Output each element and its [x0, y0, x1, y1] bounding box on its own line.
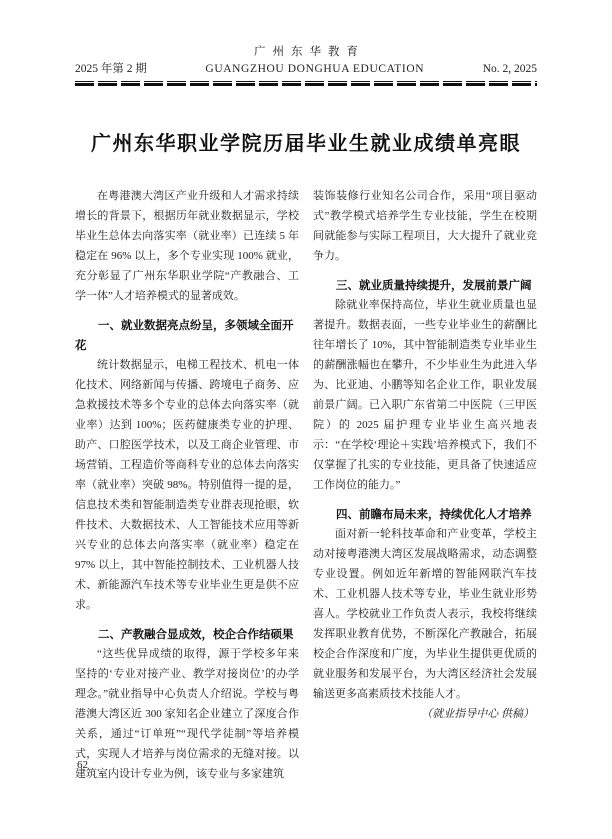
paragraph: 装饰装修行业知名公司合作，采用“项目驱动式”教学模式培养学生专业技能，学生在校期… [313, 186, 537, 266]
right-column: 装饰装修行业知名公司合作，采用“项目驱动式”教学模式培养学生专业技能，学生在校期… [313, 186, 537, 784]
section-heading: 二、产教融合显成效，校企合作结硕果 [75, 624, 299, 644]
journal-title-cn: 广州东华教育 [75, 45, 537, 59]
page-header: 广州东华教育 2025 年第 2 期 GUANGZHOU DONGHUA EDU… [75, 45, 537, 86]
paragraph: “这些优异成绩的取得，源于学校多年来坚持的‘专业对接产业、教学对接岗位’的办学理… [75, 644, 299, 784]
section-heading: 三、就业质量持续提升，发展前景广阔 [313, 275, 537, 295]
journal-page: 广州东华教育 2025 年第 2 期 GUANGZHOU DONGHUA EDU… [0, 0, 612, 839]
journal-title-en: GUANGZHOU DONGHUA EDUCATION [205, 62, 424, 76]
article-title: 广州东华职业学院历届毕业生就业成绩单亮眼 [75, 129, 537, 157]
attribution-line: （就业指导中心 供稿） [313, 704, 537, 724]
header-issue-row: 2025 年第 2 期 GUANGZHOU DONGHUA EDUCATION … [75, 62, 537, 76]
paragraph: 统计数据显示，电梯工程技术、机电一体化技术、网络新闻与传播、跨境电子商务、应急救… [75, 355, 299, 615]
section-heading: 一、就业数据亮点纷呈，多领域全面开花 [75, 315, 299, 355]
section-heading: 四、前瞻布局未来，持续优化人才培养 [313, 504, 537, 524]
paragraph: 在粤港澳大湾区产业升级和人才需求持续增长的背景下，根据历年就业数据显示，学校毕业… [75, 186, 299, 306]
issue-label-cn: 2025 年第 2 期 [75, 62, 147, 76]
header-rule [75, 81, 537, 86]
article-body: 在粤港澳大湾区产业升级和人才需求持续增长的背景下，根据历年就业数据显示，学校毕业… [75, 186, 537, 784]
paragraph: 面对新一轮科技革命和产业变革，学校主动对接粤港澳大湾区发展战略需求，动态调整专业… [313, 524, 537, 704]
page-content: 广州东华教育 2025 年第 2 期 GUANGZHOU DONGHUA EDU… [75, 45, 537, 784]
left-column: 在粤港澳大湾区产业升级和人才需求持续增长的背景下，根据历年就业数据显示，学校毕业… [75, 186, 299, 784]
page-number: 62 [77, 758, 88, 772]
paragraph: 除就业率保持高位，毕业生就业质量也显著提升。数据表面，一些专业毕业生的薪酬比往年… [313, 295, 537, 495]
issue-label-en: No. 2, 2025 [483, 62, 537, 76]
